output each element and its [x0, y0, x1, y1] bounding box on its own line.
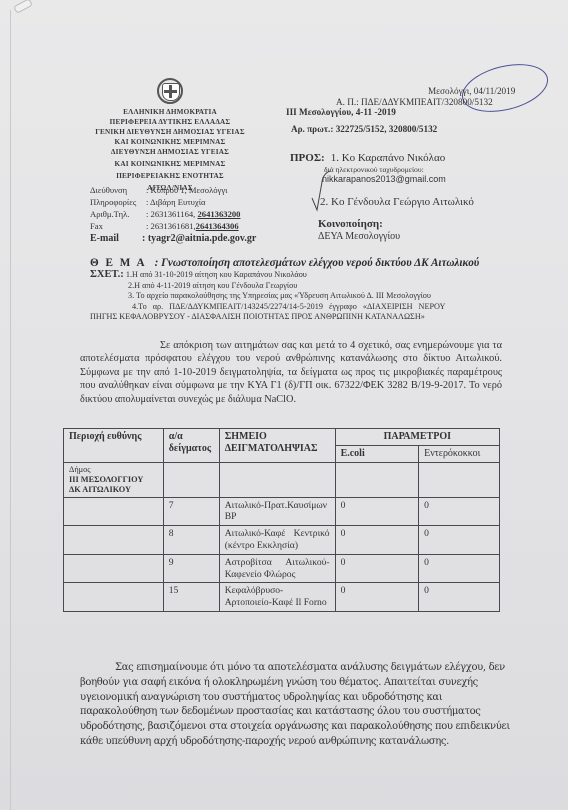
table-header-row: Περιοχή ευθύνης α/α δείγματος ΣΗΜΕΙΟ ΔΕΙ… [64, 429, 500, 446]
reference-item: 4.Το αρ. ΠΔΕ/ΔΔΥΚΜΠΕΑΙΤ/143245/2274/14-5… [90, 302, 510, 313]
office-stamp: ΙΙΙ Μεσολογγίου, 4-11 -2019 [286, 107, 396, 117]
sampling-point-cell: Αστροβίτσα Αιτωλικού-Καφενείο Φλώρος [219, 554, 335, 583]
recipient-2: 2. Κο Γένδουλα Γεώργιο Αιτωλικό [320, 196, 474, 208]
header-parameters: ΠΑΡΑΜΕΤΡΟΙ [335, 429, 499, 446]
cc-label: Κοινοποίηση: [318, 218, 474, 230]
letterhead-line: ΚΑΙ ΚΟΙΝΩΝΙΚΗΣ ΜΕΡΙΜΝΑΣ [70, 137, 270, 147]
cc-recipient: ΔΕΥΑ Μεσολογγίου [318, 231, 474, 242]
sample-number-cell: 8 [163, 526, 219, 555]
area-cell: Δήμος ΙΙΙ ΜΕΣΟΛΟΓΓΙΟΥ ΔΚ ΑΙΤΩΛΙΚΟΥ [64, 462, 164, 497]
header-enterococci: Εντερόκοκκοι [419, 445, 500, 462]
table-row: 9Αστροβίτσα Αιτωλικού-Καφενείο Φλώρος00 [64, 554, 500, 583]
recipient-1: 1. Κο Καραπάνο Νικόλαο [331, 152, 446, 164]
sample-number-cell: 15 [163, 583, 219, 612]
reference-item: 3. Το αρχείο παρακολούθησης της Υπηρεσία… [90, 291, 510, 302]
ecoli-cell: 0 [335, 554, 419, 583]
letterhead-line: ΓΕΝΙΚΗ ΔΙΕΥΘΥΝΣΗ ΔΗΜΟΣΙΑΣ ΥΓΕΙΑΣ [70, 127, 270, 137]
phone-value: : 2631361164, 2641363200 [146, 208, 240, 220]
phone-label: Αριθμ.Τηλ. [90, 208, 146, 220]
sampling-point-cell: Αιτωλικό-Πρατ.Καυσίμων BP [219, 497, 335, 526]
area-cell-empty [64, 554, 164, 583]
header-sample-no: α/α δείγματος [163, 429, 219, 463]
area-cell-empty [64, 497, 164, 526]
body-paragraph-2: Σας επισημαίνουμε ότι μόνο τα αποτελέσμα… [80, 661, 510, 750]
body-paragraph-1: Σε απόκριση των αιτημάτων σας και μετά τ… [80, 339, 502, 406]
address-label: Διεύθυνση [90, 184, 146, 196]
ecoli-cell: 0 [335, 583, 419, 612]
recipient-1-email[interactable]: nikkarapanos2013@gmail.com [322, 174, 474, 184]
header-sampling-point: ΣΗΜΕΙΟ ΔΕΙΓΜΑΤΟΛΗΨΙΑΣ [219, 429, 335, 463]
reference-number: Α. Π.: ΠΔΕ/ΔΔΥΚΜΠΕΑΙΤ/320800/5132 [336, 97, 493, 107]
page-edge-divider [10, 10, 11, 810]
to-label: ΠΡΟΣ: [290, 152, 325, 164]
references-label: ΣΧΕΤ.: [90, 269, 124, 280]
table-row: 7Αιτωλικό-Πρατ.Καυσίμων BP00 [64, 497, 500, 526]
sample-number-cell: 7 [163, 497, 219, 526]
header-ecoli: E.coli [335, 445, 419, 462]
area-cell-empty [64, 526, 164, 555]
email-label: E-mail [90, 233, 142, 245]
reference-item: 2.Η από 4-11-2019 αίτηση κου Γένδουλα Γε… [90, 281, 510, 292]
letterhead-line: ΠΕΡΙΦΕΡΕΙΑΚΗΣ ΕΝΟΤΗΤΑΣ [70, 171, 270, 181]
letterhead-line: ΕΛΛΗΝΙΚΗ ΔΗΜΟΚΡΑΤΙΑ [70, 107, 270, 117]
fax-label: Fax [90, 220, 146, 232]
enterococci-cell: 0 [419, 554, 500, 583]
protocol-number: Αρ. πρωτ.: 322725/5152, 320800/5132 [291, 124, 437, 134]
table-row-area: Δήμος ΙΙΙ ΜΕΣΟΛΟΓΓΙΟΥ ΔΚ ΑΙΤΩΛΙΚΟΥ [64, 462, 500, 497]
contact-block: Διεύθυνση : Κύπρου 1, Μεσολόγγι Πληροφορ… [90, 184, 256, 245]
recipients-block: ΠΡΟΣ:1. Κο Καραπάνο Νικόλαο διά ηλεκτρον… [290, 152, 474, 242]
reference-item-continued: ΠΗΓΗΣ ΚΕΦΑΛΟΒΡΥΣΟΥ - ΔΙΑΣΦΑΛΙΣΗ ΠΟΙΟΤΗΤΑ… [90, 312, 510, 323]
area-cell-empty [64, 583, 164, 612]
letterhead-line: ΚΑΙ ΚΟΙΝΩΝΙΚΗΣ ΜΕΡΙΜΝΑΣ [70, 159, 270, 169]
document-date: Μεσολόγγι, 04/11/2019 [428, 86, 515, 96]
letterhead: ΕΛΛΗΝΙΚΗ ΔΗΜΟΚΡΑΤΙΑ ΠΕΡΙΦΕΡΕΙΑ ΔΥΤΙΚΗΣ Ε… [70, 78, 270, 193]
reference-item: 1.Η από 31-10-2019 αίτηση κου Καραπάνου … [126, 270, 307, 279]
subject-label: Θ Ε Μ Α [90, 257, 147, 269]
sample-number-cell: 9 [163, 554, 219, 583]
subject-text: : Γνωστοποίηση αποτελεσμάτων ελέγχου νερ… [155, 257, 480, 269]
sampling-point-cell: Κεφαλόβρυσο-Αρτοποιείο-Καφέ Il Forno [219, 583, 335, 612]
enterococci-cell: 0 [419, 526, 500, 555]
document-page: ΕΛΛΗΝΙΚΗ ΔΗΜΟΚΡΑΤΙΑ ΠΕΡΙΦΕΡΕΙΑ ΔΥΤΙΚΗΣ Ε… [0, 0, 568, 810]
letterhead-line: ΠΕΡΙΦΕΡΕΙΑ ΔΥΤΙΚΗΣ ΕΛΛΑΔΑΣ [70, 117, 270, 127]
recipient-1-via: διά ηλεκτρονικού ταχυδρομείου: [324, 165, 474, 174]
info-value: : Διβάρη Ευτυχία [146, 196, 206, 208]
table-row: 8Αιτωλικό-Καφέ Κεντρικό (κέντρο Εκκλησία… [64, 526, 500, 555]
email-value[interactable]: : tyagr2@aitnia.pde.gov.gr [142, 233, 256, 245]
subject-line: Θ Ε Μ Α: Γνωστοποίηση αποτελεσμάτων ελέγ… [90, 257, 479, 269]
table-row: 15Κεφαλόβρυσο-Αρτοποιείο-Καφέ Il Forno00 [64, 583, 500, 612]
ecoli-cell: 0 [335, 497, 419, 526]
greek-coat-of-arms-icon [157, 78, 183, 104]
enterococci-cell: 0 [419, 583, 500, 612]
header-area: Περιοχή ευθύνης [64, 429, 164, 463]
results-table: Περιοχή ευθύνης α/α δείγματος ΣΗΜΕΙΟ ΔΕΙ… [63, 428, 500, 612]
ecoli-cell: 0 [335, 526, 419, 555]
letterhead-line: ΔΙΕΥΘΥΝΣΗ ΔΗΜΟΣΙΑΣ ΥΓΕΙΑΣ [70, 147, 270, 157]
info-label: Πληροφορίες [90, 196, 146, 208]
sampling-point-cell: Αιτωλικό-Καφέ Κεντρικό (κέντρο Εκκλησία) [219, 526, 335, 555]
enterococci-cell: 0 [419, 497, 500, 526]
paper-clip-mark [13, 0, 33, 14]
references-block: ΣΧΕΤ.: 1.Η από 31-10-2019 αίτηση κου Καρ… [90, 270, 510, 323]
fax-value: : 2631361681,2641364306 [146, 220, 239, 232]
address-value: : Κύπρου 1, Μεσολόγγι [146, 184, 227, 196]
